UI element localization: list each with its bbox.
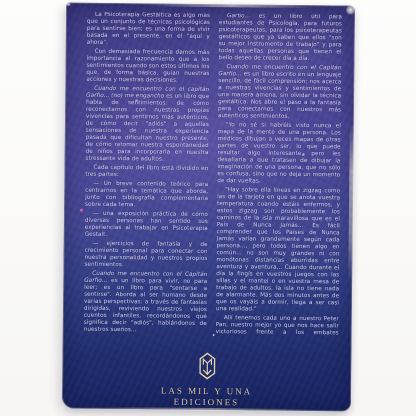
- paragraph: Cuando me encuentro con el Capitán: [84, 336, 207, 337]
- paragraph: Cada capítulo del libro está dividido en…: [85, 165, 208, 180]
- paragraph-text: es un libro útil para estudiantes de Psi…: [219, 13, 342, 62]
- paragraph: — ejercicios de fantasía y de crecimient…: [84, 241, 207, 270]
- paragraph-text: Con demasiada frecuencia damos más impor…: [86, 49, 209, 84]
- paragraph: "Yo no sé si habréis visto nunca el mapa…: [217, 122, 341, 186]
- blurb-column-left: La Psicoterapia Gestáltica es algo más q…: [84, 12, 210, 335]
- publisher-block: LAS MIL Y UNA EDICIONES: [62, 350, 352, 408]
- paragraph: Con demasiada frecuencia damos más impor…: [86, 49, 209, 85]
- paragraph-text: Allí tenemos cada uno a nuestro Peter Pa…: [216, 315, 339, 336]
- book-photo: La Psicoterapia Gestáltica es algo más q…: [0, 0, 416, 416]
- paragraph: Garfio... es un libro útil para estudian…: [219, 13, 343, 63]
- paragraph: Cuando me encuentro con el capitán Garfi…: [85, 86, 209, 164]
- paragraph-text: — una exposición práctica de cómo divers…: [85, 211, 208, 238]
- wear-edge-right: [348, 123, 355, 283]
- back-cover-blurb: La Psicoterapia Gestáltica es algo más q…: [84, 12, 342, 337]
- paragraph: Cuando me encuentro con el Capitán Garfi…: [84, 271, 208, 335]
- paragraph-text: La Psicoterapia Gestáltica es algo más q…: [87, 12, 210, 46]
- paragraph-text: es un libro que habla de sentimientos: d…: [85, 94, 209, 163]
- paragraph-lead: Cuando me encuentro con el Capitán: [92, 336, 200, 337]
- paragraph-text: — Un breve contenido teórico para centra…: [85, 181, 208, 208]
- paragraph-text: "Hay sobre ella líneas en zigzag como la…: [216, 187, 340, 312]
- paragraph-text: "Yo no sé si habréis visto nunca el mapa…: [217, 122, 341, 184]
- publisher-name-line2: EDICIONES: [62, 395, 351, 409]
- paragraph: "Hay sobre ella líneas en zigzag como la…: [216, 187, 340, 314]
- paragraph-lead: Garfio...: [227, 13, 250, 19]
- paragraph-text: es un libro para vivir, no para leer; es…: [84, 278, 208, 333]
- book-back-cover: La Psicoterapia Gestáltica es algo más q…: [62, 2, 355, 411]
- speck-pink: [80, 209, 83, 212]
- wear-edge-top: [147, 2, 315, 8]
- paragraph-text: es un libro escrito en un lenguaje senci…: [218, 71, 341, 120]
- paragraph: — Un breve contenido teórico para centra…: [85, 181, 208, 210]
- paragraph: Allí tenemos cada uno a nuestro Peter Pa…: [216, 315, 339, 336]
- paragraph-text: Cada capítulo del libro está dividido en…: [85, 165, 208, 178]
- publisher-logo-icon: [198, 352, 216, 380]
- paragraph: — una exposición práctica de cómo divers…: [85, 211, 208, 240]
- paragraph: Cuando me encuentro con el Capitán Garfi…: [218, 64, 342, 121]
- paragraph: La Psicoterapia Gestáltica es algo más q…: [87, 12, 210, 48]
- blurb-column-right: Garfio... es un libro útil para estudian…: [216, 13, 342, 336]
- paragraph-text: — ejercicios de fantasía y de crecimient…: [84, 241, 207, 268]
